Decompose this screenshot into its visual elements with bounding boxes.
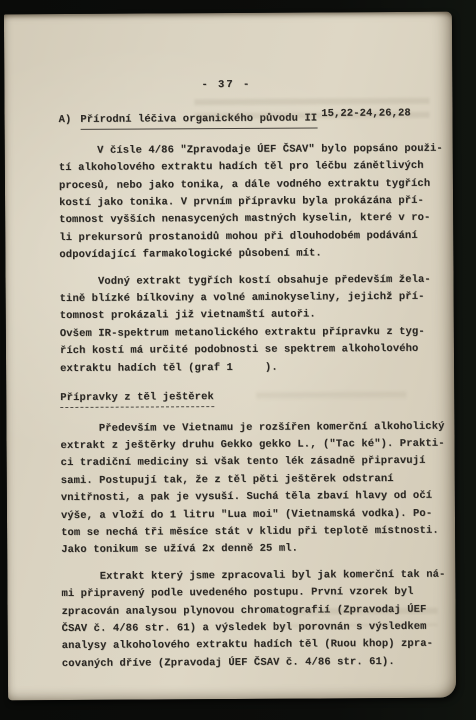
- paragraph-chromatography-analysis: Extrakt který jsme zpracovali byl jak ko…: [61, 566, 444, 673]
- subsection-heading-label: Přípravky z těl ještěrek: [60, 391, 214, 407]
- heading-superscript: 15,22-24,26,28: [321, 106, 411, 124]
- scan-background: - 37 - A)Přírodní léčiva organického pův…: [0, 0, 476, 720]
- page-number: - 37 -: [58, 76, 440, 96]
- heading-prefix: A): [59, 114, 72, 126]
- section-heading: A)Přírodní léčiva organického původu II1…: [59, 110, 441, 130]
- subsection-heading: Přípravky z těl ještěrek: [60, 388, 442, 408]
- paragraph-snake-extract: V čísle 4/86 "Zpravodaje ÚEF ČSAV" bylo …: [59, 141, 442, 265]
- document-page: - 37 - A)Přírodní léčiva organického pův…: [4, 12, 456, 701]
- heading-title: Přírodní léčiva organického původu II: [80, 113, 317, 130]
- paragraph-tiger-bones: Vodný extrakt tygřích kostí obsahuje pře…: [59, 271, 442, 378]
- paragraph-gekko-preparation: Především ve Vietnamu je rozšířen komerč…: [60, 418, 443, 560]
